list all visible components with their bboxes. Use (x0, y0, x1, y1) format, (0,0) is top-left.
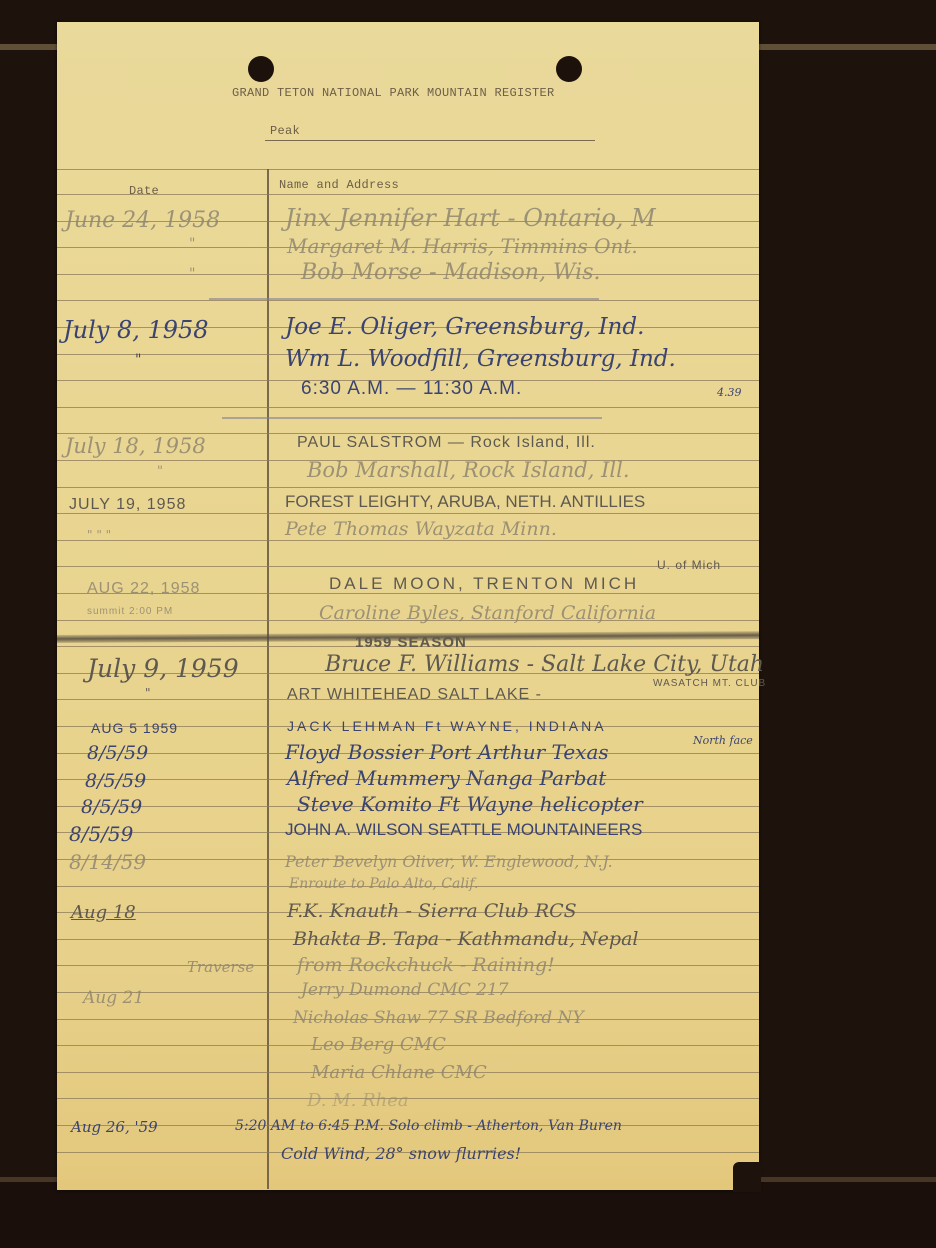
entry-name: Bhakta B. Tapa - Kathmandu, Nepal (293, 928, 639, 950)
entry-date: 8/5/59 (69, 822, 133, 846)
entry-date: JULY 19, 1958 (69, 496, 186, 514)
entry-note: U. of Mich (657, 558, 721, 572)
entry-name: Steve Komito Ft Wayne helicopter (297, 792, 643, 816)
entry-date: July 8, 1958 (63, 316, 209, 344)
entry-name: Floyd Bossier Port Arthur Texas (285, 740, 609, 764)
entry-name: JACK LEHMAN Ft WAYNE, INDIANA (287, 718, 607, 734)
entry-time: 6:30 A.M. — 11:30 A.M. (301, 378, 522, 400)
entry-date: " " " (87, 528, 111, 542)
entry-date: 8/14/59 (69, 850, 146, 874)
entry-date: " (189, 236, 195, 252)
entry-name: Maria Chlane CMC (311, 1062, 487, 1083)
entry-date: summit 2:00 PM (87, 606, 173, 617)
entry-name: ART WHITEHEAD SALT LAKE - (287, 686, 542, 704)
background-surface (0, 1182, 936, 1248)
torn-corner (733, 1162, 761, 1192)
entry-name: Cold Wind, 28° snow flurries! (281, 1144, 521, 1163)
entry-date: July 9, 1959 (87, 654, 239, 683)
entry-name: Peter Bevelyn Oliver, W. Englewood, N.J. (285, 852, 613, 871)
ruled-line (57, 566, 759, 567)
entry-date: Traverse (187, 958, 254, 976)
entry-separator (209, 298, 599, 300)
entry-name: Nicholas Shaw 77 SR Bedford NY (293, 1008, 584, 1028)
entry-name: JOHN A. WILSON SEATTLE MOUNTAINEERS (285, 820, 642, 840)
entry-date: June 24, 1958 (65, 208, 220, 233)
entry-note: North face (693, 734, 753, 747)
entry-note: 4.39 (717, 386, 742, 399)
entry-name: 5:20 AM to 6:45 P.M. Solo climb - Athert… (235, 1118, 622, 1134)
entry-date: Aug 21 (83, 988, 144, 1008)
entry-date: 8/5/59 (85, 770, 146, 792)
ruled-line (57, 407, 759, 408)
entry-date: 8/5/59 (81, 796, 142, 818)
ruled-line (57, 487, 759, 488)
entry-name: Bruce F. Williams - Salt Lake City, Utah (325, 652, 764, 677)
name-address-column-header: Name and Address (279, 178, 399, 192)
register-title: GRAND TETON NATIONAL PARK MOUNTAIN REGIS… (232, 86, 555, 100)
entry-name: PAUL SALSTROM — Rock Island, Ill. (297, 434, 596, 452)
peak-field-line (265, 140, 595, 141)
entry-date: " (189, 266, 195, 282)
entry-name: FOREST LEIGHTY, ARUBA, NETH. ANTILLIES (285, 492, 645, 512)
entry-name: Jerry Dumond CMC 217 (301, 980, 509, 1000)
entry-name: Bob Morse - Madison, Wis. (301, 260, 601, 285)
entry-date: " (135, 352, 141, 368)
entry-name: Pete Thomas Wayzata Minn. (285, 518, 557, 540)
entry-name: DALE MOON, TRENTON MICH (329, 574, 639, 594)
entry-name: Jinx Jennifer Hart - Ontario, M (285, 204, 656, 232)
entry-date: Aug 18 (71, 902, 136, 923)
entry-note: WASATCH MT. CLUB (653, 678, 766, 689)
punch-hole (248, 56, 274, 82)
season-heading: 1959 SEASON (355, 634, 467, 651)
entry-date: " (145, 686, 151, 700)
entry-name: Caroline Byles, Stanford California (319, 602, 656, 624)
entry-name: Bob Marshall, Rock Island, Ill. (307, 458, 630, 482)
entry-name: Margaret M. Harris, Timmins Ont. (287, 234, 638, 258)
entry-name: Enroute to Palo Alto, Calif. (289, 876, 478, 892)
entry-name: from Rockchuck - Raining! (297, 954, 555, 976)
column-divider (267, 169, 269, 1189)
entry-name: F.K. Knauth - Sierra Club RCS (287, 900, 577, 922)
entry-name: Joe E. Oliger, Greensburg, Ind. (285, 314, 644, 340)
entry-name: Leo Berg CMC (311, 1034, 446, 1055)
register-sheet: GRAND TETON NATIONAL PARK MOUNTAIN REGIS… (57, 22, 759, 1190)
entry-separator (222, 417, 602, 419)
entry-name: Wm L. Woodfill, Greensburg, Ind. (285, 346, 676, 372)
entry-date: 8/5/59 (87, 742, 148, 764)
entry-date: AUG 22, 1958 (87, 580, 200, 598)
ruled-line (57, 300, 759, 301)
ruled-line (57, 540, 759, 541)
entry-name: Alfred Mummery Nanga Parbat (287, 766, 606, 790)
punch-hole (556, 56, 582, 82)
entry-date: " (157, 464, 163, 479)
date-column-header: Date (129, 184, 159, 198)
entry-date: AUG 5 1959 (91, 720, 178, 736)
peak-label: Peak (270, 124, 300, 138)
entry-name: D. M. Rhea (307, 1090, 409, 1111)
entry-date: July 18, 1958 (65, 434, 206, 458)
header-rule (57, 169, 759, 170)
entry-date: Aug 26, '59 (71, 1118, 158, 1136)
ruled-line (57, 194, 759, 195)
